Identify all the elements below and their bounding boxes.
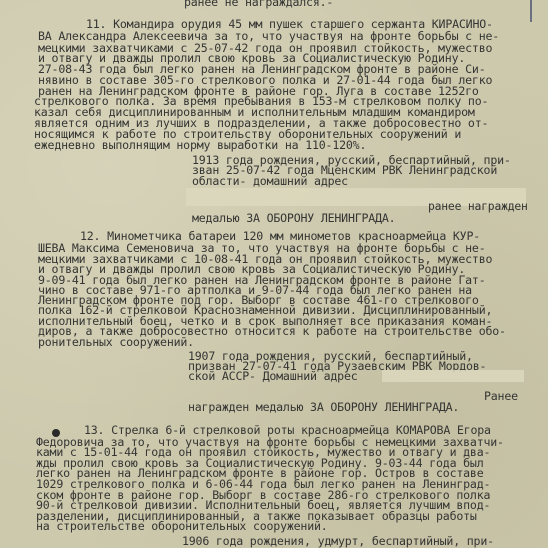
award-prefix: Ранее <box>484 390 518 402</box>
header-tail: ранее не награждался.- <box>184 0 333 8</box>
award-line: награжден медалью ЗА ОБОРОНУ ЛЕНИНГРАДА. <box>188 401 459 413</box>
bio-line: ской АССР- Домашний адрес <box>188 370 358 382</box>
entry-text-line: на строительстве оборонительных сооружен… <box>36 520 328 532</box>
margin-rule <box>530 0 532 22</box>
award-line: медалью ЗА ОБОРОНУ ЛЕНИНГРАДА. <box>192 212 395 224</box>
award-prefix: ранее награжден <box>428 200 528 212</box>
redaction-band <box>382 370 524 382</box>
entry-text-line: ежедневно выполнящим норму выработки на … <box>34 139 366 151</box>
bio-line: 1906 года рождения, удмурт, беспартийный… <box>182 535 494 547</box>
entry-text-line: ронительных сооружений. <box>38 336 194 348</box>
archival-document-page: ранее не награждался.- 11. Командира ору… <box>0 0 548 548</box>
bio-line: области- домашний адрес <box>192 175 348 187</box>
